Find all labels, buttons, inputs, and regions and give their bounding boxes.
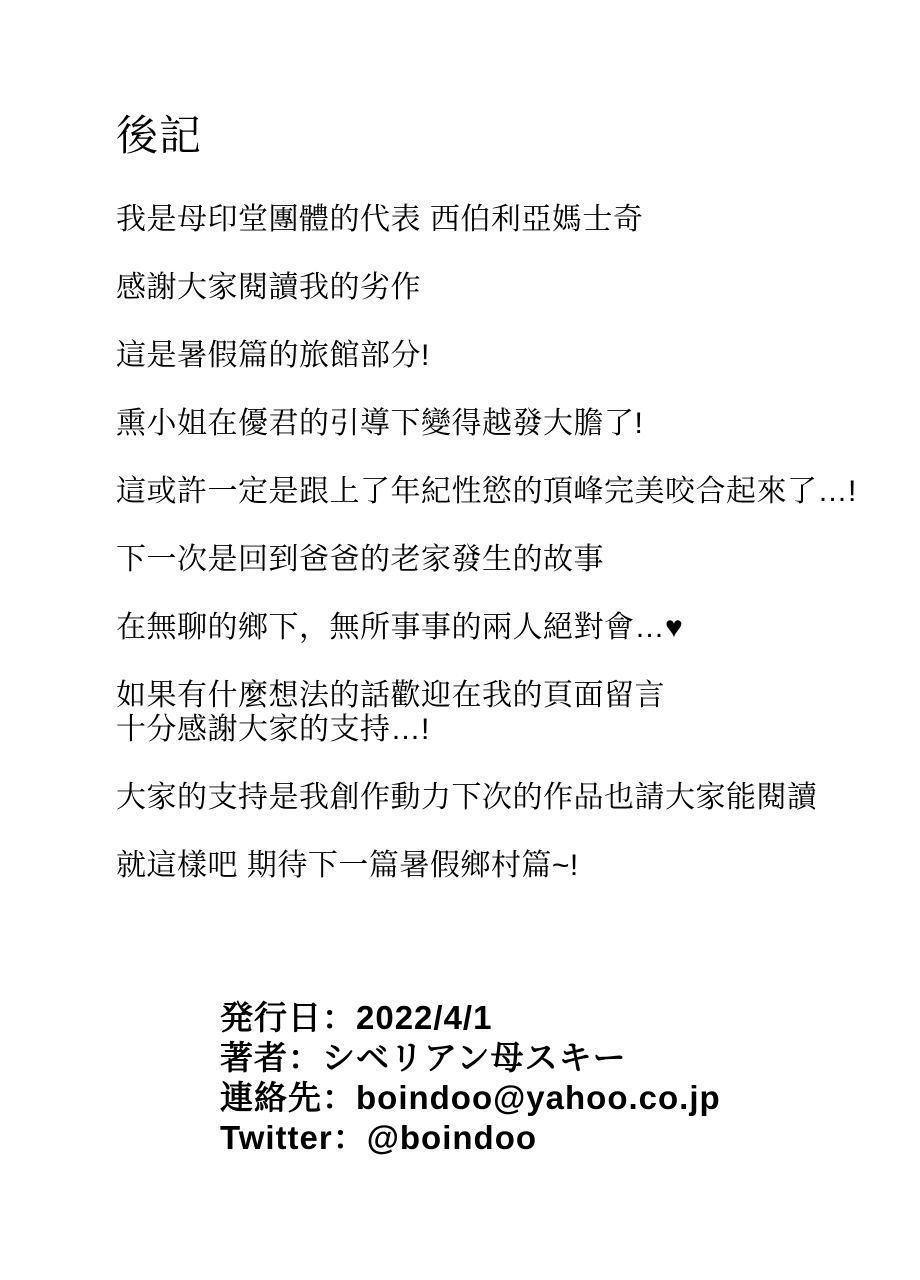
colophon-twitter-handle: Twitter：@boindoo: [220, 1118, 870, 1158]
paragraph-line: 這或許一定是跟上了年紀性慾的頂峰完美咬合起來了…!: [116, 475, 870, 509]
paragraph: 就這樣吧 期待下一篇暑假鄉村篇~!: [116, 849, 870, 883]
paragraph: 這或許一定是跟上了年紀性慾的頂峰完美咬合起來了…!: [116, 475, 870, 509]
paragraph-line: 在無聊的鄉下，無所事事的兩人絕對會…♥: [116, 611, 870, 645]
afterword-body: 我是母印堂團體的代表 西伯利亞媽士奇 感謝大家閱讀我的劣作 這是暑假篇的旅館部分…: [116, 203, 870, 883]
afterword-page: 後記 我是母印堂團體的代表 西伯利亞媽士奇 感謝大家閱讀我的劣作 這是暑假篇的旅…: [0, 0, 920, 1280]
paragraph-line: 我是母印堂團體的代表 西伯利亞媽士奇: [116, 203, 870, 237]
paragraph-line: 感謝大家閱讀我的劣作: [116, 271, 870, 305]
paragraph-line: 十分感謝大家的支持…!: [116, 713, 870, 747]
page-title: 後記: [116, 112, 870, 160]
paragraph-line: 大家的支持是我創作動力下次的作品也請大家能閱讀: [116, 781, 870, 815]
paragraph: 我是母印堂團體的代表 西伯利亞媽士奇: [116, 203, 870, 237]
colophon: 発行日：2022/4/1 著者：シベリアン母スキー 連絡先：boindoo@ya…: [220, 998, 870, 1158]
paragraph: 熏小姐在優君的引導下變得越發大膽了!: [116, 407, 870, 441]
paragraph-line: 熏小姐在優君的引導下變得越發大膽了!: [116, 407, 870, 441]
paragraph-line: 下一次是回到爸爸的老家發生的故事: [116, 543, 870, 577]
paragraph: 下一次是回到爸爸的老家發生的故事: [116, 543, 870, 577]
paragraph: 感謝大家閱讀我的劣作: [116, 271, 870, 305]
paragraph: 在無聊的鄉下，無所事事的兩人絕對會…♥: [116, 611, 870, 645]
paragraph-line: 就這樣吧 期待下一篇暑假鄉村篇~!: [116, 849, 870, 883]
colophon-publish-date: 発行日：2022/4/1: [220, 998, 870, 1038]
colophon-contact-email: 連絡先：boindoo@yahoo.co.jp: [220, 1078, 870, 1118]
paragraph: 大家的支持是我創作動力下次的作品也請大家能閱讀: [116, 781, 870, 815]
paragraph: 如果有什麼想法的話歡迎在我的頁面留言 十分感謝大家的支持…!: [116, 679, 870, 747]
colophon-author: 著者：シベリアン母スキー: [220, 1038, 870, 1078]
paragraph: 這是暑假篇的旅館部分!: [116, 339, 870, 373]
paragraph-line: 如果有什麼想法的話歡迎在我的頁面留言: [116, 679, 870, 713]
paragraph-line: 這是暑假篇的旅館部分!: [116, 339, 870, 373]
